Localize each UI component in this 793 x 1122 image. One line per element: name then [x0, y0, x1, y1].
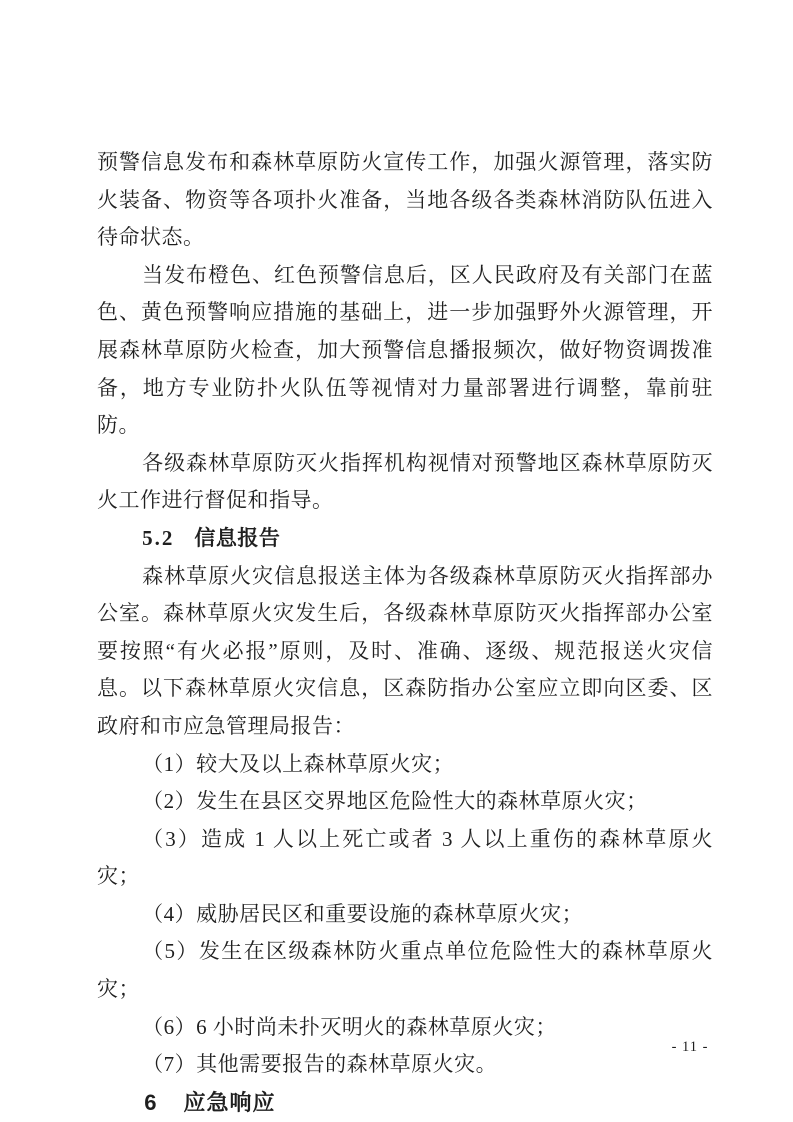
- section-number-6: 6: [144, 1090, 157, 1115]
- report-item-6: （6）6 小时尚未扑灭明火的森林草原火灾；: [97, 1009, 713, 1047]
- paragraph-orange-red-warning: 当发布橙色、红色预警信息后，区人民政府及有关部门在蓝色、黄色预警响应措施的基础上…: [97, 257, 713, 445]
- report-item-4: （4）威胁居民区和重要设施的森林草原火灾；: [97, 896, 713, 934]
- section-title-information-report: 信息报告: [194, 526, 280, 550]
- paragraph-warning-preparation: 预警信息发布和森林草原防火宣传工作，加强火源管理，落实防火装备、物资等各项扑火准…: [97, 144, 713, 257]
- page-number: - 11 -: [655, 1037, 725, 1057]
- report-item-2: （2）发生在县区交界地区危险性大的森林草原火灾；: [97, 783, 713, 821]
- document-body: 预警信息发布和森林草原防火宣传工作，加强火源管理，落实防火装备、物资等各项扑火准…: [97, 144, 713, 1121]
- document-page: 预警信息发布和森林草原防火宣传工作，加强火源管理，落实防火装备、物资等各项扑火准…: [0, 0, 793, 1122]
- section-number-5-2: 5.2: [142, 526, 174, 550]
- section-title-emergency-response: 应急响应: [184, 1090, 276, 1115]
- section-heading-5-2: 5.2信息报告: [97, 520, 713, 558]
- paragraph-fire-reporting: 森林草原火灾信息报送主体为各级森林草原防灭火指挥部办公室。森林草原火灾发生后，各…: [97, 558, 713, 746]
- report-item-3: （3）造成 1 人以上死亡或者 3 人以上重伤的森林草原火灾；: [97, 821, 713, 896]
- report-item-5: （5）发生在区级森林防火重点单位危险性大的森林草原火灾；: [97, 933, 713, 1008]
- section-heading-6: 6应急响应: [97, 1084, 713, 1122]
- report-item-7: （7）其他需要报告的森林草原火灾。: [97, 1046, 713, 1084]
- report-item-1: （1）较大及以上森林草原火灾；: [97, 746, 713, 784]
- paragraph-supervision: 各级森林草原防灭火指挥机构视情对预警地区森林草原防灭火工作进行督促和指导。: [97, 445, 713, 520]
